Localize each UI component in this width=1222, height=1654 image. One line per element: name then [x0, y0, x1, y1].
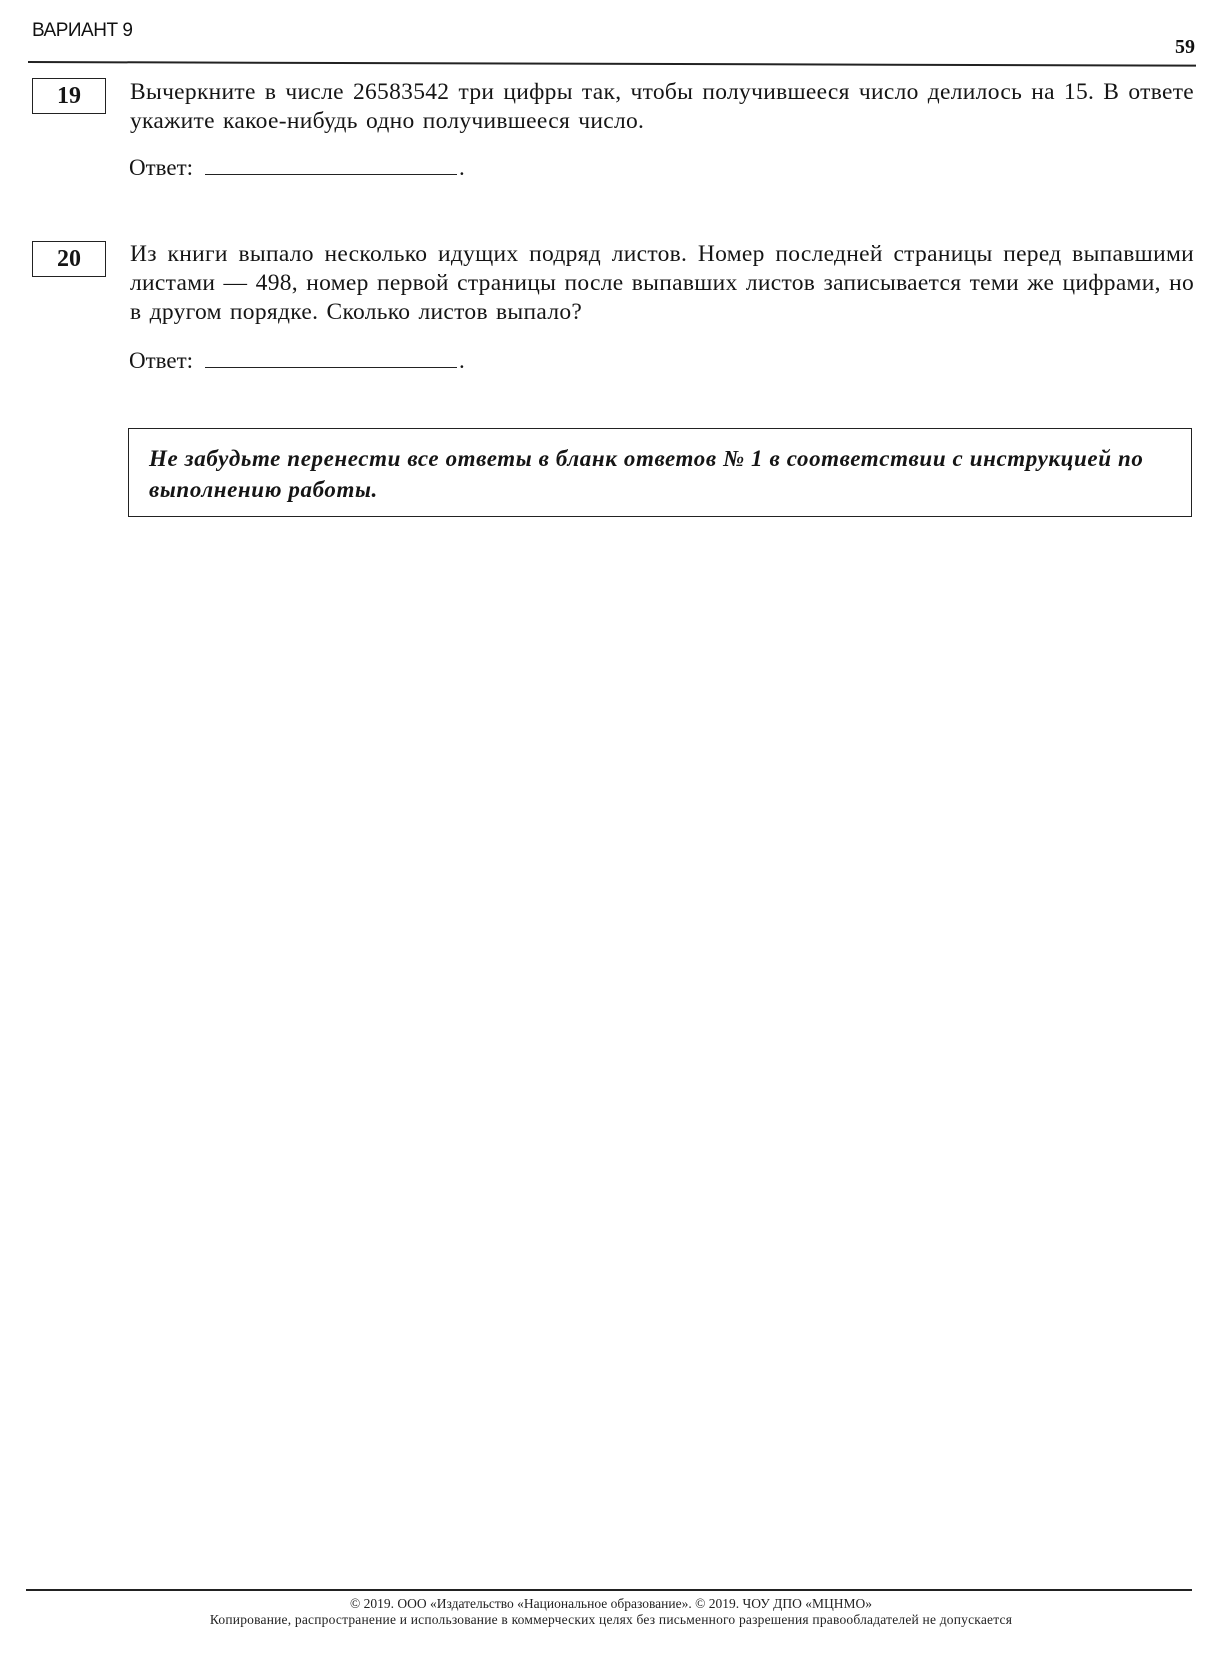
copy-notice-text: Копирование, распространение и использов…: [0, 1612, 1222, 1628]
footer-divider: [26, 1589, 1192, 1591]
answer-period: .: [459, 348, 465, 374]
reminder-box: Не забудьте перенести все ответы в бланк…: [128, 428, 1192, 517]
answer-field[interactable]: [205, 349, 457, 368]
variant-title: ВАРИАНТ 9: [32, 20, 132, 42]
answer-row: Ответ: .: [129, 348, 465, 374]
answer-label: Ответ:: [129, 155, 193, 181]
task-number-box: 20: [32, 241, 106, 277]
answer-label: Ответ:: [129, 348, 193, 374]
answer-field[interactable]: [205, 156, 457, 175]
answer-period: .: [459, 155, 465, 181]
task-number-box: 19: [32, 78, 106, 114]
answer-row: Ответ: .: [129, 155, 465, 181]
copyright-text: © 2019. ООО «Издательство «Национальное …: [0, 1596, 1222, 1612]
task-text: Из книги выпало несколько идущих подряд …: [130, 240, 1194, 327]
task-text: Вычеркните в числе 26583542 три цифры та…: [130, 78, 1194, 136]
header-divider: [28, 61, 1196, 67]
page-number: 59: [1175, 36, 1195, 59]
